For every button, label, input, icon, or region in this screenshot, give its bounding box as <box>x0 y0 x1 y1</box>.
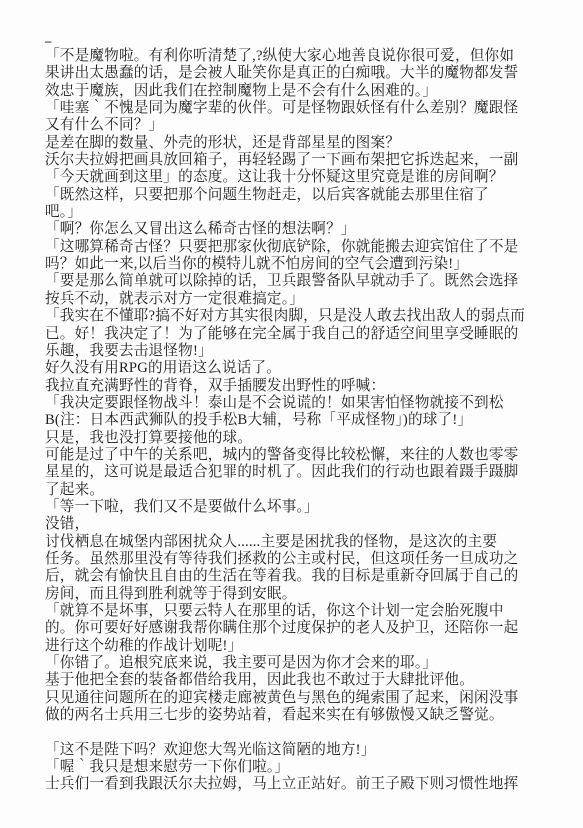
text-line: 了起来。 <box>45 482 547 499</box>
text-line: 「就算不是坏事，只要云特人在那里的话，你这个计划一定会胎死腹中 <box>45 603 547 620</box>
text-line: 做的两名士兵用三七步的姿势站着，看起来实在有够傲慢又缺乏警觉。 <box>45 707 547 724</box>
text-line: 只见通往问题所在的迎宾楼走廊被黄色与黑色的绳索围了起来，闲闲没事 <box>45 690 547 707</box>
text-line: 按兵不动，就表示对方一定很难搞定。」 <box>45 291 547 308</box>
text-line: 沃尔夫拉姆把画具放回箱子，再轻轻踢了一下画布架把它拆迭起来，一副 <box>45 152 547 169</box>
text-line: 「喔｀我只是想来慰劳一下你们啦。」 <box>45 759 547 776</box>
text-line: 基于他把全套的装备都借给我用，因此我也不敢过于大肆批评他。 <box>45 672 547 689</box>
text-line: 「今天就画到这里」的态度。这让我十分怀疑这里究竟是谁的房间啊？ <box>45 169 547 186</box>
text-line: 好久没有用RPG的用语这么说话了。 <box>45 360 547 377</box>
text-line: 房间，而且得到胜利就等于得到安眠。 <box>45 586 547 603</box>
text-body: 「不是魔物啦。有利你听清楚了,?纵使大家心地善良说你很可爱，但你如果讲出太愚蠢的… <box>45 48 547 794</box>
text-line: 星星的，这可说是最适合犯罪的时机了。因此我们的行动也跟着蹑手蹑脚 <box>45 464 547 481</box>
text-line: B(注：日本西武狮队的投手松B大辅，号称「平成怪物」)的球了!」 <box>45 412 547 429</box>
text-line: 「你错了。追根究底来说，我主要可是因为你才会来的耶。」 <box>45 655 547 672</box>
text-line: 讨伐栖息在城堡内部困扰众人......主要是困扰我的怪物，是这次的主要 <box>45 534 547 551</box>
text-line: 「这哪算稀奇古怪？只要把那家伙彻底铲除，你就能搬去迎宾馆住了不是 <box>45 239 547 256</box>
text-line: 「既然这样，只要把那个问题生物赶走，以后宾客就能去那里住宿了 <box>45 187 547 204</box>
text-line: 的。你可要好好感谢我帮你瞒住那个过度保护的老人及护卫，还陪你一起 <box>45 620 547 637</box>
text-line: 「这不是陛下吗？欢迎您大驾光临这简陋的地方!」 <box>45 742 547 759</box>
text-line: 果讲出太愚蠢的话，是会被人耻笑你是真正的白痴哦。大半的魔物都发誓 <box>45 65 547 82</box>
text-line: 乐趣，我要去击退怪物!」 <box>45 343 547 360</box>
text-line: 后，就会有愉快且自由的生活在等着我。我的目标是重新夺回属于自己的 <box>45 568 547 585</box>
text-line: 「等一下啦，我们又不是要做什么坏事。」 <box>45 499 547 516</box>
text-line: 是差在脚的数量、外壳的形状，还是背部星星的图案？ <box>45 135 547 152</box>
text-line: 任务。虽然那里没有等待我们拯救的公主或村民，但这项任务一旦成功之 <box>45 551 547 568</box>
text-line: 「哇塞｀不愧是同为魔字辈的伙伴。可是怪物跟妖怪有什么差别？魔跟怪 <box>45 100 547 117</box>
text-line <box>45 724 547 741</box>
text-line: 「我决定要跟怪物战斗！泰山是不会说谎的！如果害怕怪物就接不到松 <box>45 395 547 412</box>
text-line: 可能是过了中午的关系吧，城内的警备变得比较松懈，来往的人数也零零 <box>45 447 547 464</box>
text-line: 「要是那么简单就可以除掉的话，卫兵跟警备队早就动手了。既然会选择 <box>45 273 547 290</box>
text-line: 又有什么不同？」 <box>45 117 547 134</box>
text-line: 吗？如此一来,以后当你的模特儿就不怕房间的空气会遭到污染!」 <box>45 256 547 273</box>
text-line: 没错， <box>45 516 547 533</box>
text-line: 效忠于魔族，因此我们在控制魔物上是不会有什么困难的。」 <box>45 83 547 100</box>
document-page: – 「不是魔物啦。有利你听清楚了,?纵使大家心地善良说你很可爱，但你如果讲出太愚… <box>0 0 583 828</box>
text-line: 「我实在不懂耶?搞不好对方其实很肉脚，只是没人敢去找出敌人的弱点而 <box>45 308 547 325</box>
text-line: 已。好！我决定了！为了能够在完全属于我自己的舒适空间里享受睡眠的 <box>45 326 547 343</box>
text-line: 士兵们一看到我跟沃尔夫拉姆，马上立正站好。前王子殿下则习惯性地挥 <box>45 776 547 793</box>
text-line: 我拉直充满野性的背脊，双手插腰发出野性的呼喊： <box>45 378 547 395</box>
text-line: 进行这个幼稚的作战计划呢!」 <box>45 638 547 655</box>
stray-dash-mark: – <box>45 36 547 48</box>
text-line: 只是，我也没打算要接他的球。 <box>45 430 547 447</box>
text-line: 「不是魔物啦。有利你听清楚了,?纵使大家心地善良说你很可爱，但你如 <box>45 48 547 65</box>
text-line: 「啊？你怎么又冒出这么稀奇古怪的想法啊？」 <box>45 221 547 238</box>
text-line: 吧。」 <box>45 204 547 221</box>
